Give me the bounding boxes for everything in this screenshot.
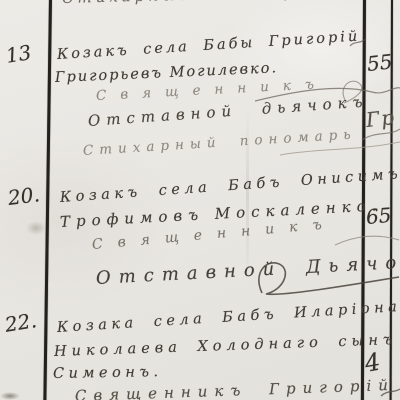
edge-mark	[0, 392, 20, 400]
entry-13-age: 55	[366, 49, 394, 76]
entry-22-text-line-2: Николаева Холоднаго сынъ	[54, 332, 398, 360]
entry-20-age: 65	[365, 203, 392, 229]
top-cut-line: Стихарный пономарь	[62, 0, 310, 7]
column-rule-left	[43, 0, 51, 400]
entry-22-age: 4	[363, 348, 383, 378]
entry-20-clergy-line-1: Отставной Дьячокъ	[95, 250, 400, 289]
register-scan-page: Стихарный пономарь 13 Козакъ села Бабы Г…	[0, 0, 400, 400]
paper-smudge	[26, 221, 46, 235]
entry-22-text-line-1: Козака села Бабъ Иларіона	[57, 299, 400, 336]
entry-number-22: 22.	[3, 308, 38, 337]
entry-number-20: 20.	[7, 182, 42, 210]
entry-22-text-line-3: Симеонъ.	[53, 364, 163, 382]
right-margin-fragment: Гр	[365, 105, 397, 132]
entry-number-13: 13	[4, 40, 33, 68]
entry-13-text-line-1: Козакъ села Бабы Григорій	[57, 28, 361, 63]
entry-13-clergy-line-2: Стихарный пономарь	[83, 126, 358, 159]
